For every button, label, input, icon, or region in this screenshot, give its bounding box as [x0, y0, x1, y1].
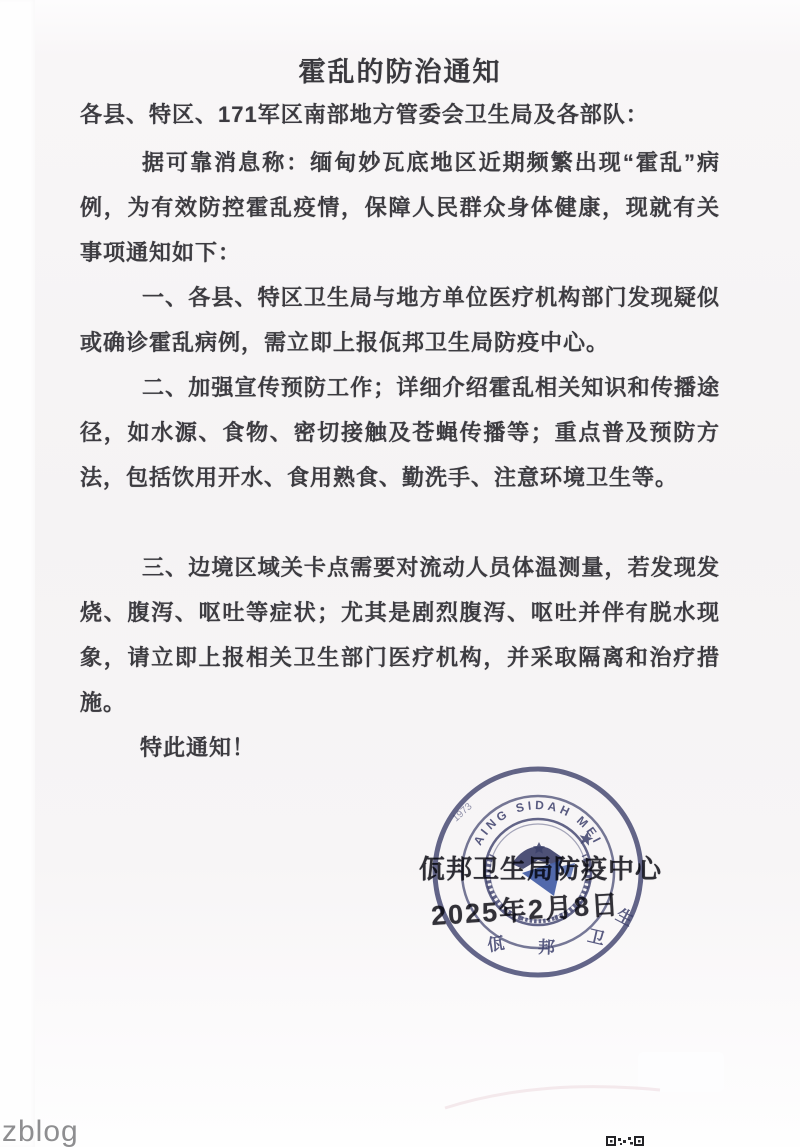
seal-bottom-char: 邦 [538, 937, 556, 958]
qr-code-fragment [606, 1136, 644, 1147]
seal-bottom-char: 佤 [486, 933, 506, 956]
paper-highlight [638, 1052, 724, 1092]
notice-paragraph: 三、边境区域关卡点需要对流动人员体温测量，若发现发烧、腹泻、呕吐等症状；尤其是剧… [80, 545, 720, 725]
notice-paragraph: 据可靠消息称：缅甸妙瓦底地区近期频繁出现“霍乱”病例，为有效防控霍乱疫情，保障人… [80, 140, 720, 275]
notice-paragraph: 一、各县、特区卫生局与地方单位医疗机构部门发现疑似或确诊霍乱病例，需立即上报佤邦… [80, 275, 720, 365]
notice-title: 霍乱的防治通知 [0, 50, 800, 89]
watermark: zblog [2, 1115, 79, 1147]
seal-bottom-char: 卫 [586, 926, 607, 948]
org-name-line: 佤邦卫生局防疫中心 [419, 849, 662, 886]
addressee-line: 各县、特区、171军区南部地方管委会卫生局及各部队： [80, 99, 722, 131]
page-left-edge [0, 0, 35, 1147]
seal-year-mark: 1973 [451, 801, 475, 824]
scanned-notice-photo: 霍乱的防治通知 各县、特区、171军区南部地方管委会卫生局及各部队： 据可靠消息… [0, 0, 800, 1147]
notice-paragraph: 二、加强宣传预防工作；详细介绍霍乱相关知识和传播途径，如水源、食物、密切接触及苍… [80, 365, 720, 500]
closing-line: 特此通知！ [140, 731, 255, 762]
